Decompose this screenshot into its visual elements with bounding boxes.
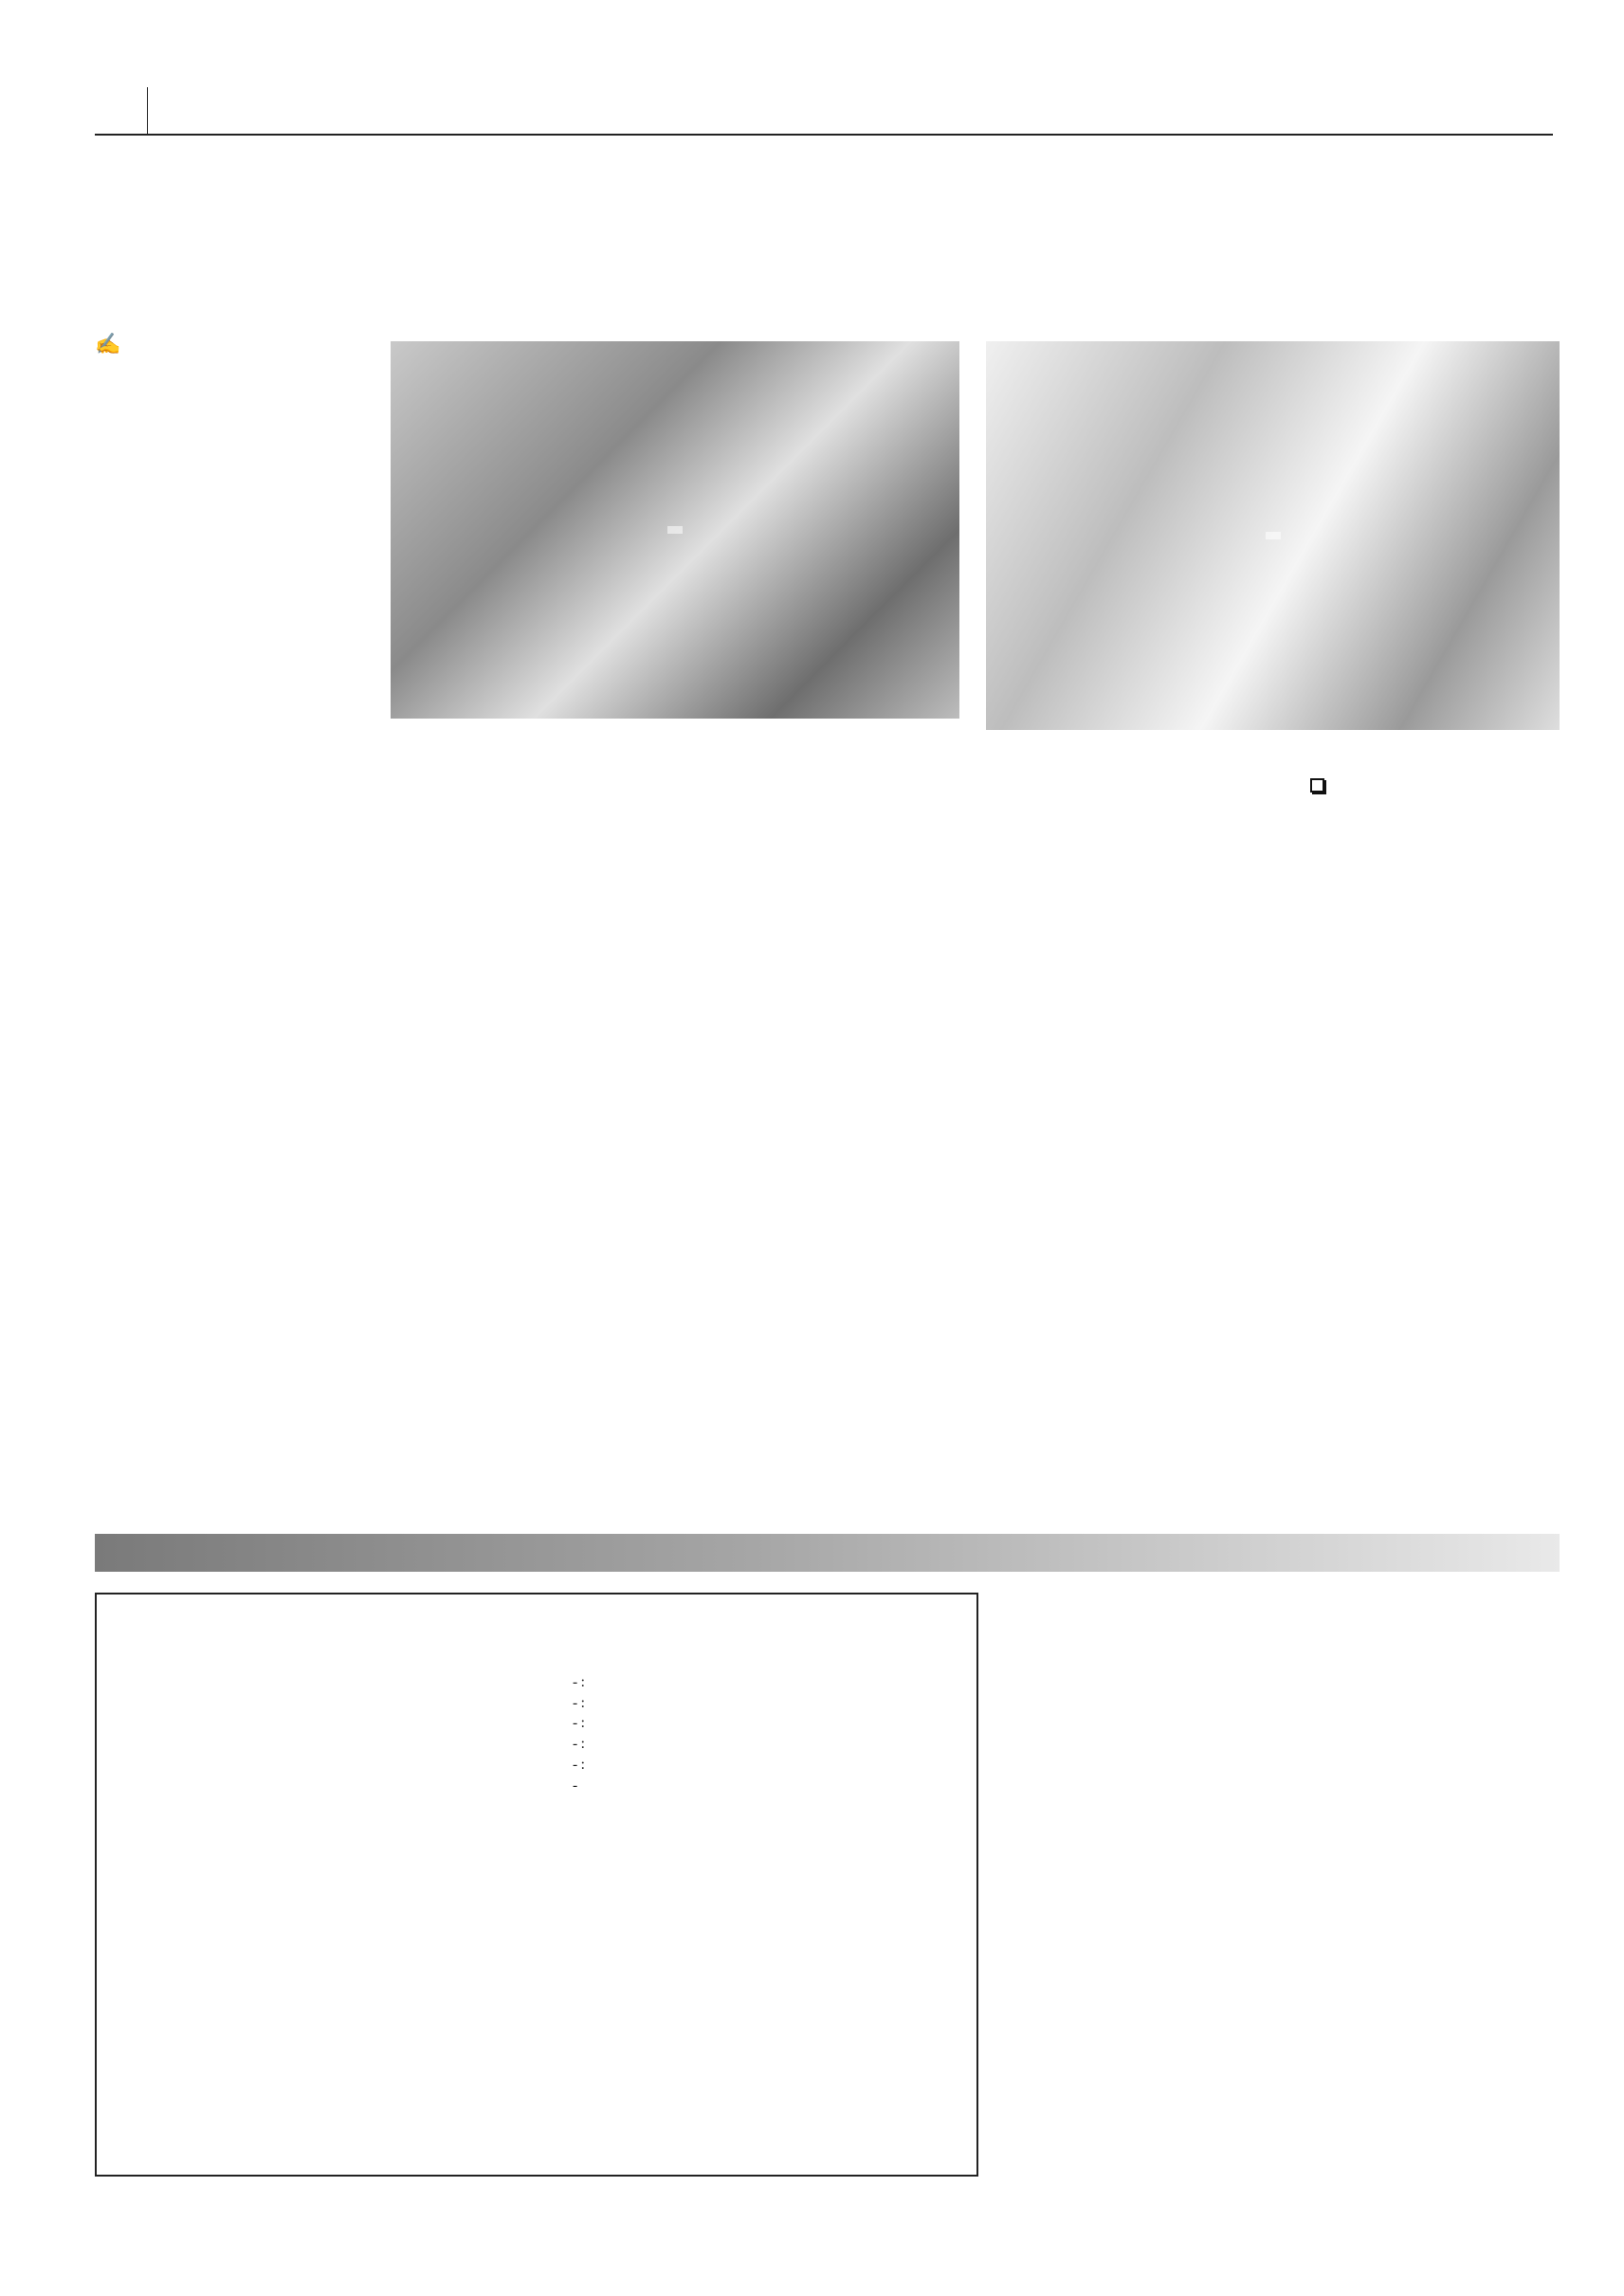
ad-deposit: - : [542,1734,952,1755]
paragraph [1280,775,1560,796]
ad-form: - [542,1776,952,1796]
photo-doctor-examining-child [391,341,959,719]
ad-document-receipt: - : [542,1713,952,1734]
ad-column-right: - : - : - : - : - : - [542,1672,952,1795]
masthead-divider [147,87,148,135]
article-column-5 [1280,775,1560,796]
article-column-2 [391,775,663,800]
photo-alt [1266,532,1281,539]
end-square-icon [1310,778,1324,793]
byline: ✍ [95,334,379,355]
pen-icon: ✍ [95,332,120,355]
auction-notice-tay-do: - : - : - : - : - : - [95,1593,978,2177]
ad-document-sale: - : [542,1693,952,1714]
photo-alt [667,526,683,534]
ad-viewing: - : [542,1672,952,1693]
ad-auction-time: - : [542,1755,952,1776]
photo-vaccination [986,341,1560,730]
masthead-rule [95,134,1553,136]
article-column-1 [95,538,370,544]
